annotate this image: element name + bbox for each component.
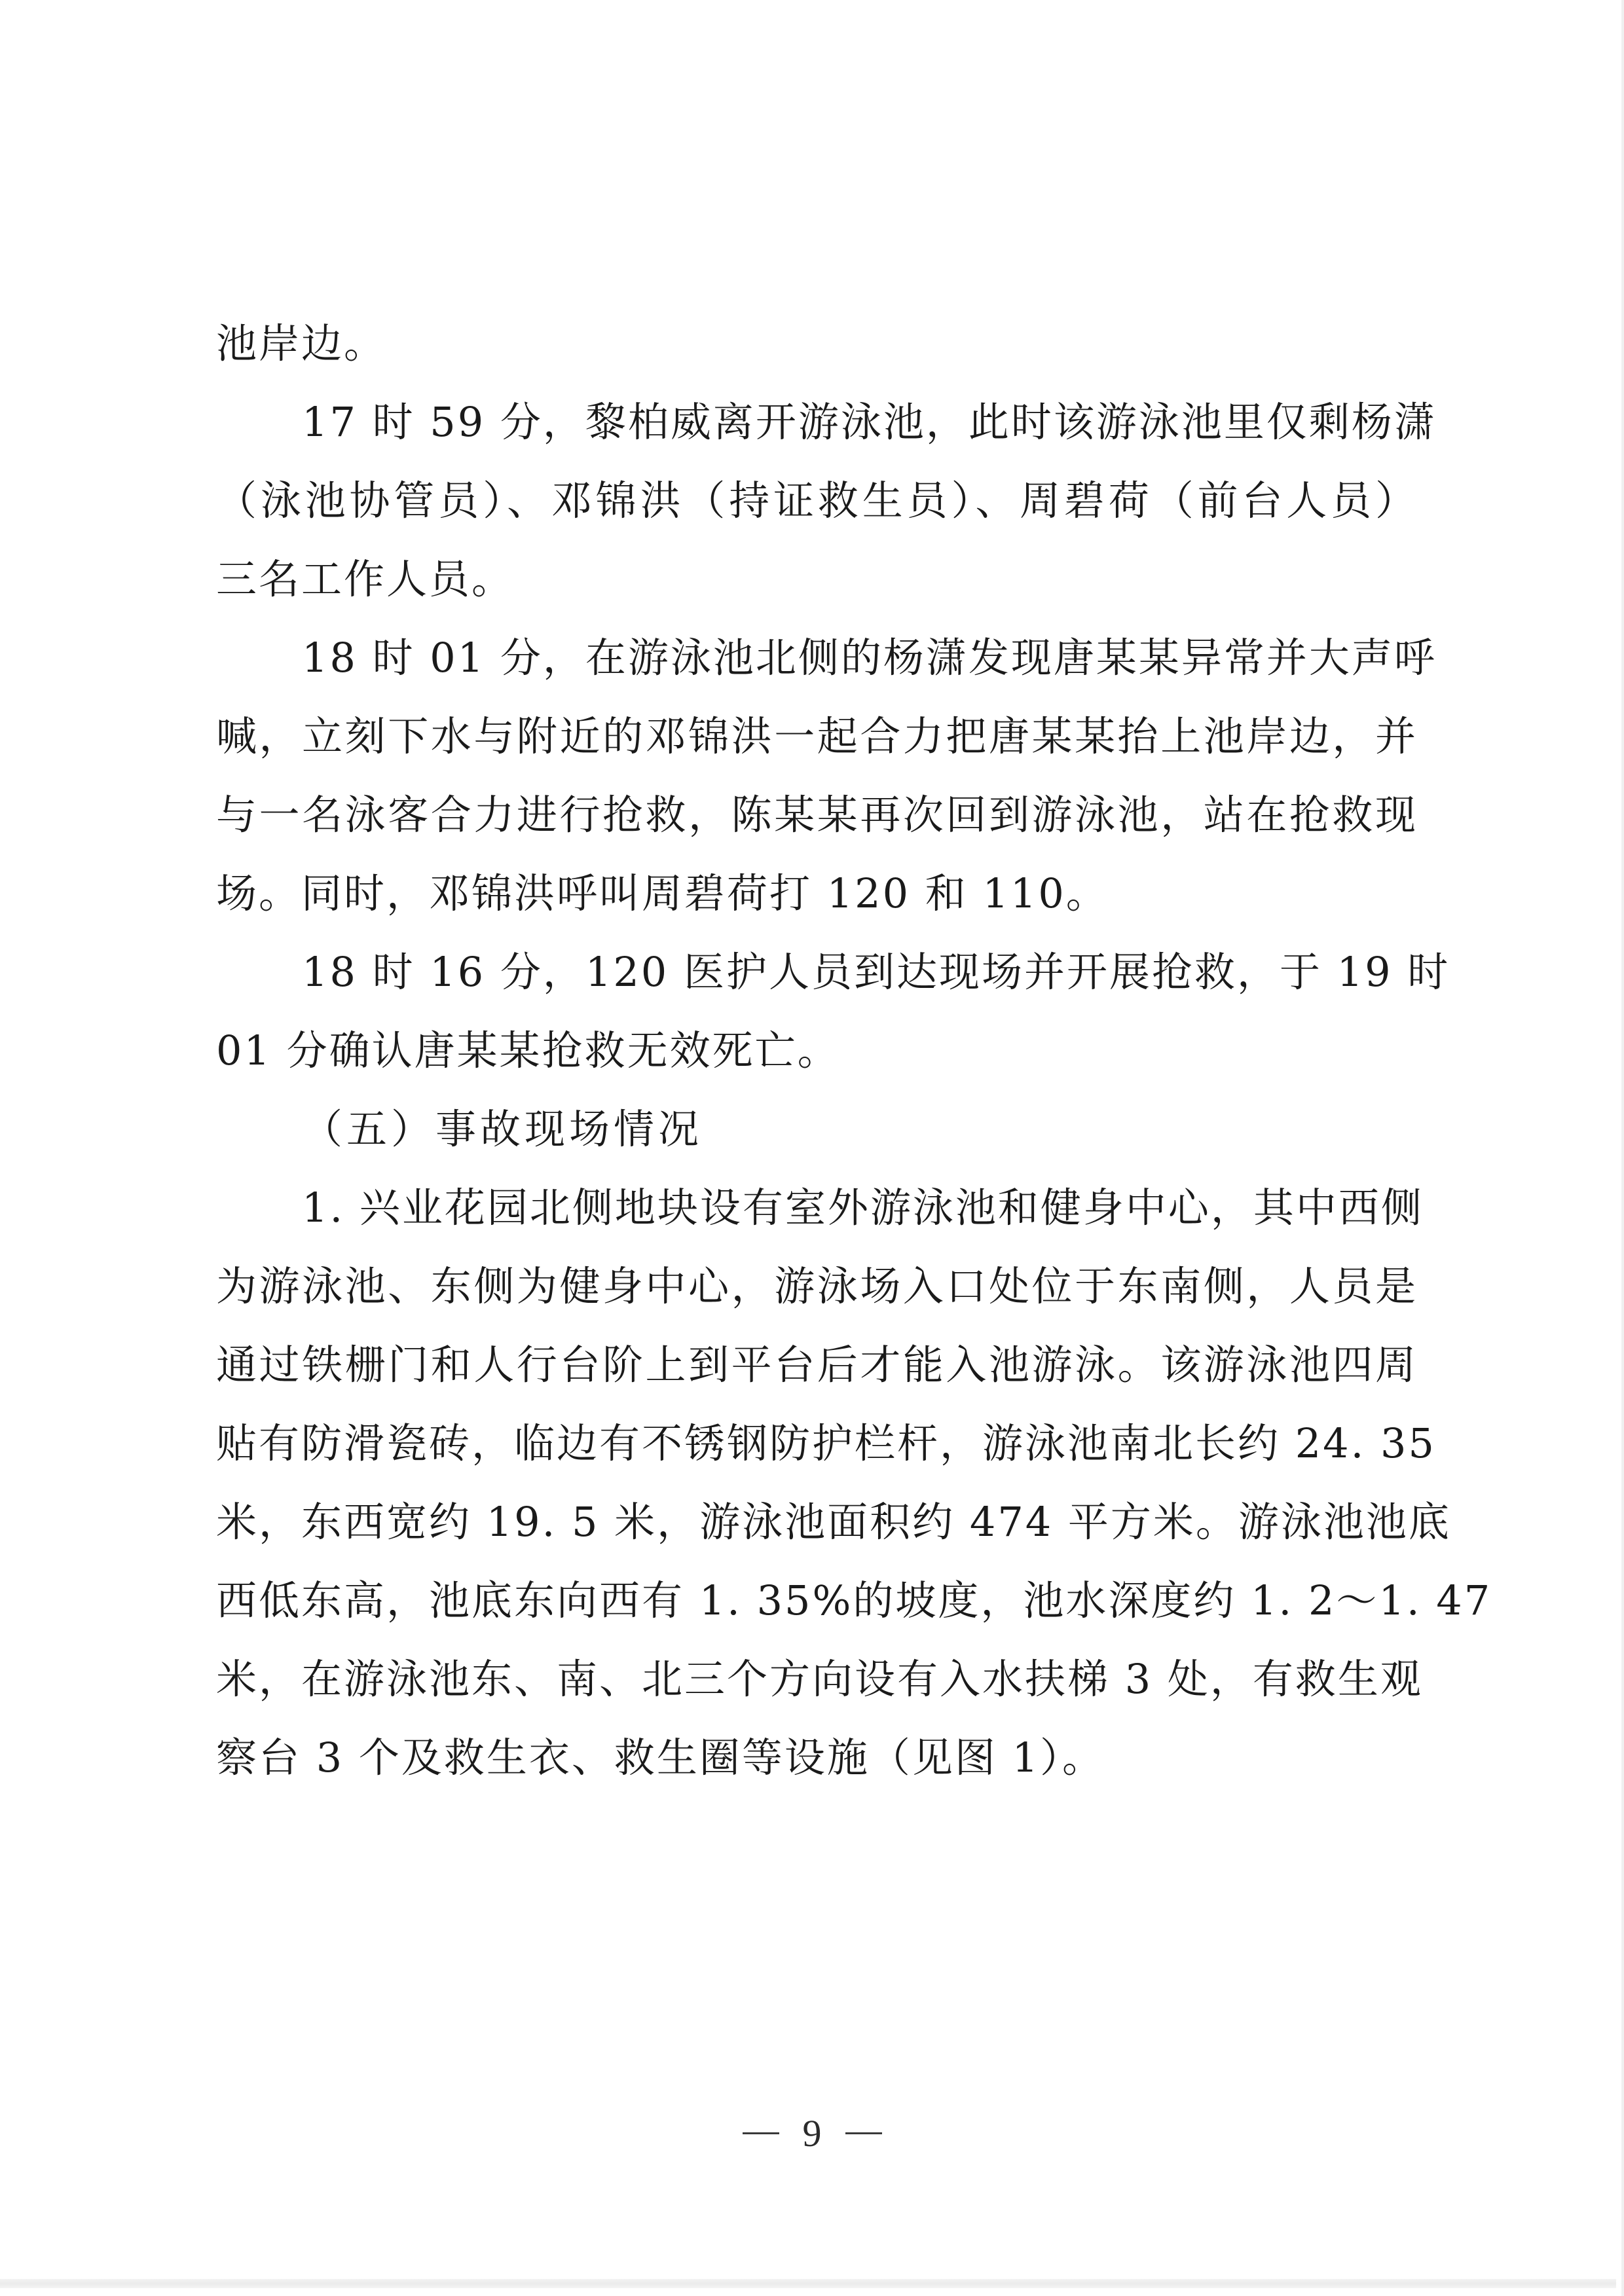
- paragraph-continuation: 池岸边。: [216, 304, 1418, 383]
- text-line: 18 时 01 分，在游泳池北侧的杨潇发现唐某某异常并大声呼: [216, 619, 1418, 697]
- text-line: 三名工作人员。: [216, 540, 1418, 619]
- text-line: 01 分确认唐某某抢救无效死亡。: [216, 1011, 1418, 1090]
- section-heading: （五）事故现场情况: [216, 1090, 1418, 1169]
- text-line: 为游泳池、东侧为健身中心，游泳场入口处位于东南侧，人员是: [216, 1247, 1418, 1326]
- text-line: 18 时 16 分，120 医护人员到达现场并开展抢救，于 19 时: [216, 933, 1418, 1011]
- text-line: 西低东高，池底东向西有 1. 35%的坡度，池水深度约 1. 2～1. 47: [216, 1561, 1418, 1640]
- paragraph-scene-description: 1. 兴业花园北侧地块设有室外游泳池和健身中心，其中西侧 为游泳池、东侧为健身中…: [216, 1169, 1418, 1797]
- paragraph-1801: 18 时 01 分，在游泳池北侧的杨潇发现唐某某异常并大声呼 喊，立刻下水与附近…: [216, 619, 1418, 933]
- text-line: 1. 兴业花园北侧地块设有室外游泳池和健身中心，其中西侧: [216, 1169, 1418, 1247]
- document-body: 池岸边。 17 时 59 分，黎柏威离开游泳池，此时该游泳池里仅剩杨潇 （泳池协…: [216, 304, 1418, 1797]
- text-line: 贴有防滑瓷砖，临边有不锈钢防护栏杆，游泳池南北长约 24. 35: [216, 1404, 1418, 1483]
- page-number-footer: 9: [0, 2111, 1624, 2155]
- document-page: 池岸边。 17 时 59 分，黎柏威离开游泳池，此时该游泳池里仅剩杨潇 （泳池协…: [0, 0, 1624, 2296]
- scan-artifact-band: [0, 2279, 1616, 2288]
- text-line: 米，东西宽约 19. 5 米，游泳池面积约 474 平方米。游泳池池底: [216, 1483, 1418, 1561]
- page-number: 9: [803, 2111, 822, 2155]
- text-line: 与一名泳客合力进行抢救，陈某某再次回到游泳池，站在抢救现: [216, 776, 1418, 854]
- page-number-dash-left: [743, 2132, 779, 2134]
- text-line: （泳池协管员）、邓锦洪（持证救生员）、周碧荷（前台人员）: [216, 462, 1418, 540]
- page-number-dash-right: [845, 2132, 882, 2134]
- text-line: 察台 3 个及救生衣、救生圈等设施（见图 1）。: [216, 1719, 1418, 1797]
- text-line: 通过铁栅门和人行台阶上到平台后才能入池游泳。该游泳池四周: [216, 1326, 1418, 1404]
- paragraph-1816: 18 时 16 分，120 医护人员到达现场并开展抢救，于 19 时 01 分确…: [216, 933, 1418, 1090]
- text-line: 17 时 59 分，黎柏威离开游泳池，此时该游泳池里仅剩杨潇: [216, 383, 1418, 462]
- text-line: 池岸边。: [216, 304, 1418, 383]
- text-line: 场。同时，邓锦洪呼叫周碧荷打 120 和 110。: [216, 854, 1418, 933]
- text-line: 米，在游泳池东、南、北三个方向设有入水扶梯 3 处，有救生观: [216, 1640, 1418, 1719]
- scan-artifact-edge: [1621, 0, 1624, 2296]
- section-heading-text: （五）事故现场情况: [216, 1090, 1418, 1169]
- paragraph-1759: 17 时 59 分，黎柏威离开游泳池，此时该游泳池里仅剩杨潇 （泳池协管员）、邓…: [216, 383, 1418, 619]
- text-line: 喊，立刻下水与附近的邓锦洪一起合力把唐某某抬上池岸边，并: [216, 697, 1418, 776]
